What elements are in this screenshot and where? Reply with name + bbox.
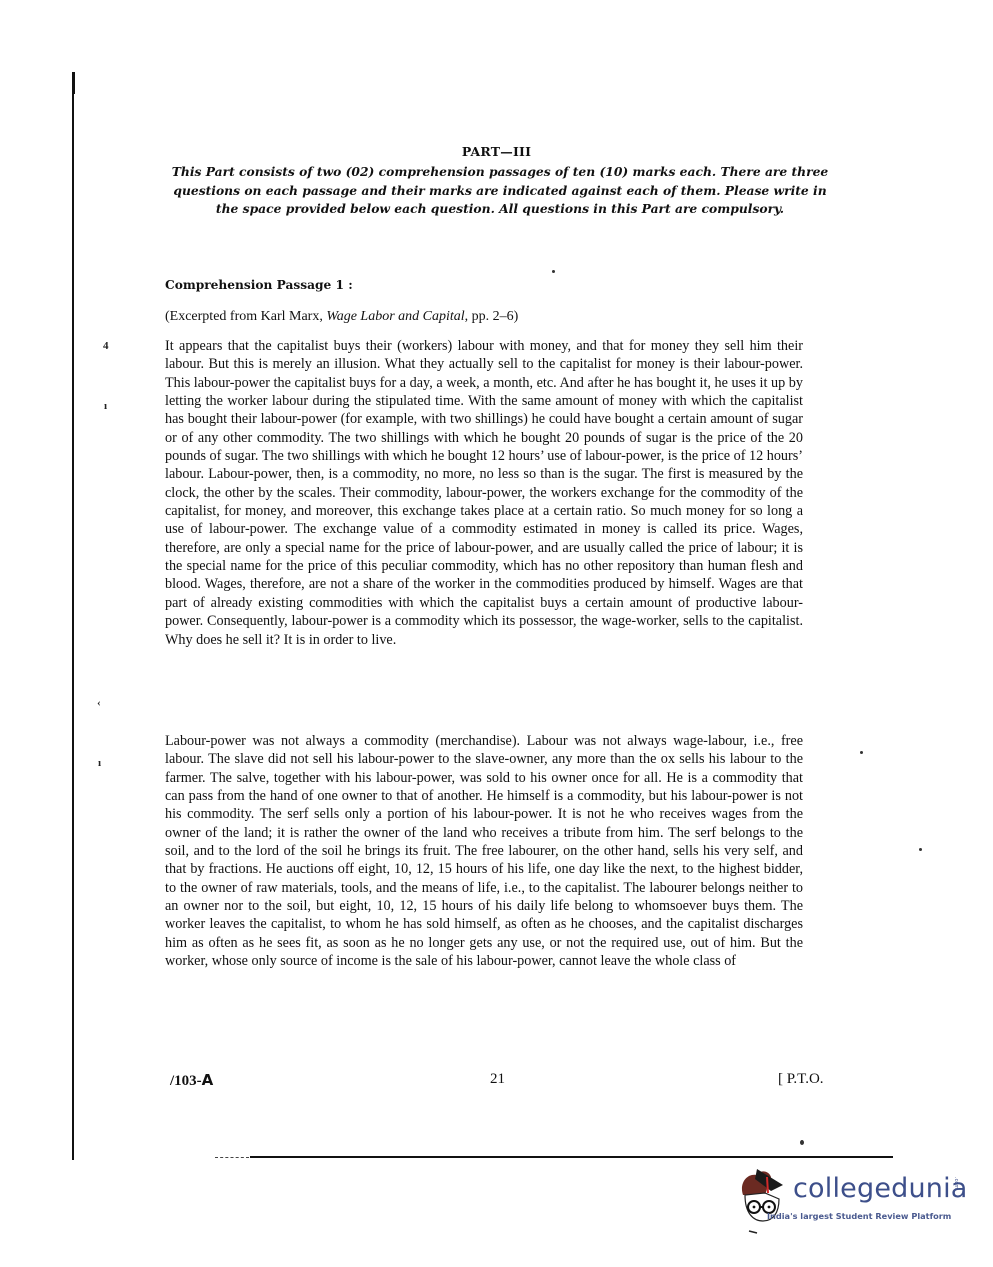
source-title: Wage Labor and Capital [326, 309, 464, 324]
left-margin-rule-top [72, 72, 75, 94]
exam-page: 4 ı ‹ ı PART—III This Part consists of t… [0, 0, 993, 1267]
paper-code-suffix: A [202, 1071, 214, 1089]
passage-paragraph-1: It appears that the capitalist buys thei… [165, 337, 803, 649]
stray-dot [919, 848, 922, 851]
margin-mark: ‹ [97, 697, 101, 709]
brand-name: collegedunia [793, 1173, 968, 1204]
brand-tagline: India's largest Student Review Platform [767, 1211, 951, 1221]
mascot-icon [735, 1165, 793, 1243]
stray-dot [800, 1140, 804, 1145]
passage-source: (Excerpted from Karl Marx, Wage Labor an… [165, 309, 518, 325]
margin-mark: ı [98, 757, 101, 769]
margin-mark: ı [104, 400, 107, 412]
stray-dot [860, 751, 863, 754]
passage-heading: Comprehension Passage 1 : [165, 278, 353, 292]
stray-dot [552, 270, 555, 273]
source-suffix: , pp. 2–6) [465, 309, 519, 324]
pto-label: [ P.T.O. [778, 1071, 824, 1088]
part-instructions: This Part consists of two (02) comprehen… [160, 163, 840, 219]
paper-code: /103-A [170, 1071, 213, 1090]
margin-mark: 4 [103, 340, 109, 352]
left-margin-rule [72, 72, 74, 1160]
source-prefix: (Excerpted from Karl Marx, [165, 309, 326, 324]
passage-paragraph-2: Labour-power was not always a commodity … [165, 732, 803, 970]
page-number: 21 [490, 1071, 505, 1088]
bottom-rule [250, 1156, 893, 1158]
part-title: PART—III [0, 144, 993, 159]
bottom-rule-dashed [215, 1157, 249, 1158]
paper-code-prefix: /103- [170, 1073, 202, 1089]
collegedunia-watermark: collegedunia .com India's largest Studen… [735, 1165, 965, 1245]
brand-domain: .com [953, 1177, 959, 1189]
